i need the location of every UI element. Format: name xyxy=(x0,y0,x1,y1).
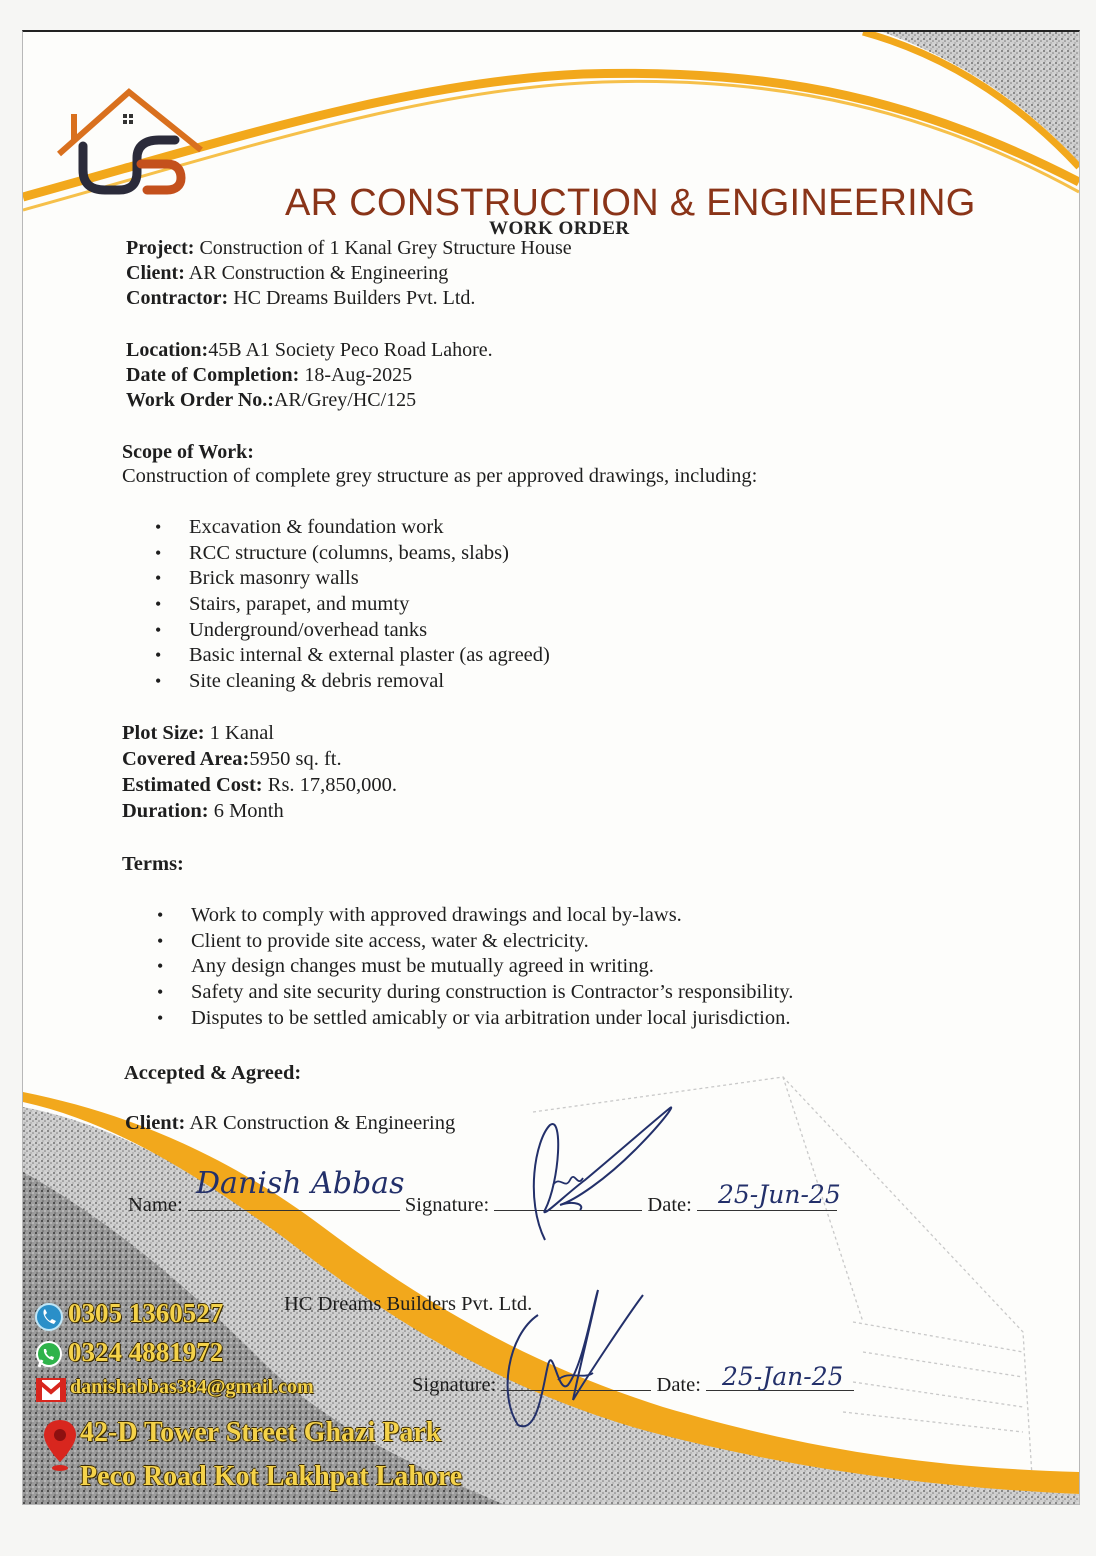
completion-value: 18-Aug-2025 xyxy=(299,364,412,386)
location-field: Location:45B A1 Society Peco Road Lahore… xyxy=(126,338,493,363)
location-pin-icon xyxy=(42,1418,78,1474)
estimated-cost-label: Estimated Cost: xyxy=(122,774,263,796)
duration-value: 6 Month xyxy=(209,800,284,822)
terms-item: Disputes to be settled amicably or via a… xyxy=(157,1006,793,1032)
terms-heading: Terms: xyxy=(122,853,184,876)
contractor-value: HC Dreams Builders Pvt. Ltd. xyxy=(228,287,475,309)
terms-item: Safety and site security during construc… xyxy=(157,980,793,1006)
terms-heading-text: Terms: xyxy=(122,853,184,875)
contractor-label: Contractor: xyxy=(126,287,228,309)
house-us-logo-icon xyxy=(55,88,205,198)
client-acceptance: Client: AR Construction & Engineering xyxy=(125,1112,455,1135)
contractor-signature-label: Signature: xyxy=(412,1374,496,1396)
client-acceptance-label: Client: xyxy=(125,1112,185,1134)
scope-item: Site cleaning & debris removal xyxy=(155,669,550,695)
plot-size-field: Plot Size: 1 Kanal xyxy=(122,722,274,745)
completion-label: Date of Completion: xyxy=(126,364,299,386)
client-date-handwritten: 25-Jun-25 xyxy=(718,1180,841,1209)
estimated-cost-field: Estimated Cost: Rs. 17,850,000. xyxy=(122,774,397,797)
terms-item: Work to comply with approved drawings an… xyxy=(157,903,793,929)
scope-item: RCC structure (columns, beams, slabs) xyxy=(155,541,550,567)
work-order-no-label: Work Order No.: xyxy=(126,389,274,411)
contractor-date-label: Date: xyxy=(657,1374,701,1396)
name-label: Name: xyxy=(128,1194,183,1216)
whatsapp-number: 0324 4881972 xyxy=(68,1337,223,1368)
client-signature-scribble xyxy=(505,1100,685,1250)
location-label: Location: xyxy=(126,339,208,361)
covered-area-value: 5950 sq. ft. xyxy=(249,748,341,770)
acceptance-heading-text: Accepted & Agreed: xyxy=(124,1062,301,1084)
estimated-cost-value: Rs. 17,850,000. xyxy=(263,774,397,796)
scope-heading: Scope of Work: xyxy=(122,440,254,465)
contractor-field: Contractor: HC Dreams Builders Pvt. Ltd. xyxy=(126,286,475,311)
client-field: Client: AR Construction & Engineering xyxy=(126,261,448,286)
contractor-acceptance-value: HC Dreams Builders Pvt. Ltd. xyxy=(284,1293,532,1316)
company-name: AR CONSTRUCTION & ENGINEERING xyxy=(285,182,976,225)
client-signature-label: Signature: xyxy=(405,1194,489,1216)
plot-size-label: Plot Size: xyxy=(122,722,205,744)
scope-item: Underground/overhead tanks xyxy=(155,618,550,644)
scope-item: Excavation & foundation work xyxy=(155,515,550,541)
acceptance-heading: Accepted & Agreed: xyxy=(124,1062,301,1085)
client-value: AR Construction & Engineering xyxy=(185,262,448,284)
address-line-2: Peco Road Kot Lakhpat Lahore xyxy=(80,1461,462,1493)
plot-size-value: 1 Kanal xyxy=(205,722,274,744)
phone-number: 0305 1360527 xyxy=(68,1298,223,1329)
location-value: 45B A1 Society Peco Road Lahore. xyxy=(208,339,492,361)
project-value: Construction of 1 Kanal Grey Structure H… xyxy=(194,237,571,259)
duration-label: Duration: xyxy=(122,800,209,822)
scope-list: Excavation & foundation workRCC structur… xyxy=(155,515,550,695)
terms-list: Work to comply with approved drawings an… xyxy=(157,903,793,1031)
phone-icon xyxy=(34,1302,64,1332)
address-line-1: 42-D Tower Street Ghazi Park xyxy=(80,1417,441,1449)
contractor-date-handwritten: 25-Jan-25 xyxy=(722,1362,844,1391)
scope-item: Brick masonry walls xyxy=(155,566,550,592)
completion-field: Date of Completion: 18-Aug-2025 xyxy=(126,363,412,388)
project-label: Project: xyxy=(126,237,194,259)
terms-item: Any design changes must be mutually agre… xyxy=(157,954,793,980)
terms-item: Client to provide site access, water & e… xyxy=(157,929,793,955)
project-field: Project: Construction of 1 Kanal Grey St… xyxy=(126,236,572,261)
work-order-no-field: Work Order No.:AR/Grey/HC/125 xyxy=(126,388,416,413)
work-order-no-value: AR/Grey/HC/125 xyxy=(274,389,416,411)
client-name-handwritten: Danish Abbas xyxy=(196,1166,404,1201)
email-address[interactable]: danishabbas384@gmail.com xyxy=(70,1376,314,1399)
email-icon xyxy=(36,1378,66,1402)
duration-field: Duration: 6 Month xyxy=(122,800,284,823)
scope-item: Stairs, parapet, and mumty xyxy=(155,592,550,618)
scope-item: Basic internal & external plaster (as ag… xyxy=(155,643,550,669)
contractor-signature-scribble xyxy=(498,1285,658,1435)
whatsapp-icon xyxy=(34,1340,64,1370)
covered-area-field: Covered Area:5950 sq. ft. xyxy=(122,748,342,771)
scope-heading-text: Scope of Work: xyxy=(122,441,254,463)
scope-intro: Construction of complete grey structure … xyxy=(122,465,757,488)
client-label: Client: xyxy=(126,262,185,284)
client-acceptance-value: AR Construction & Engineering xyxy=(185,1112,455,1134)
covered-area-label: Covered Area: xyxy=(122,748,249,770)
